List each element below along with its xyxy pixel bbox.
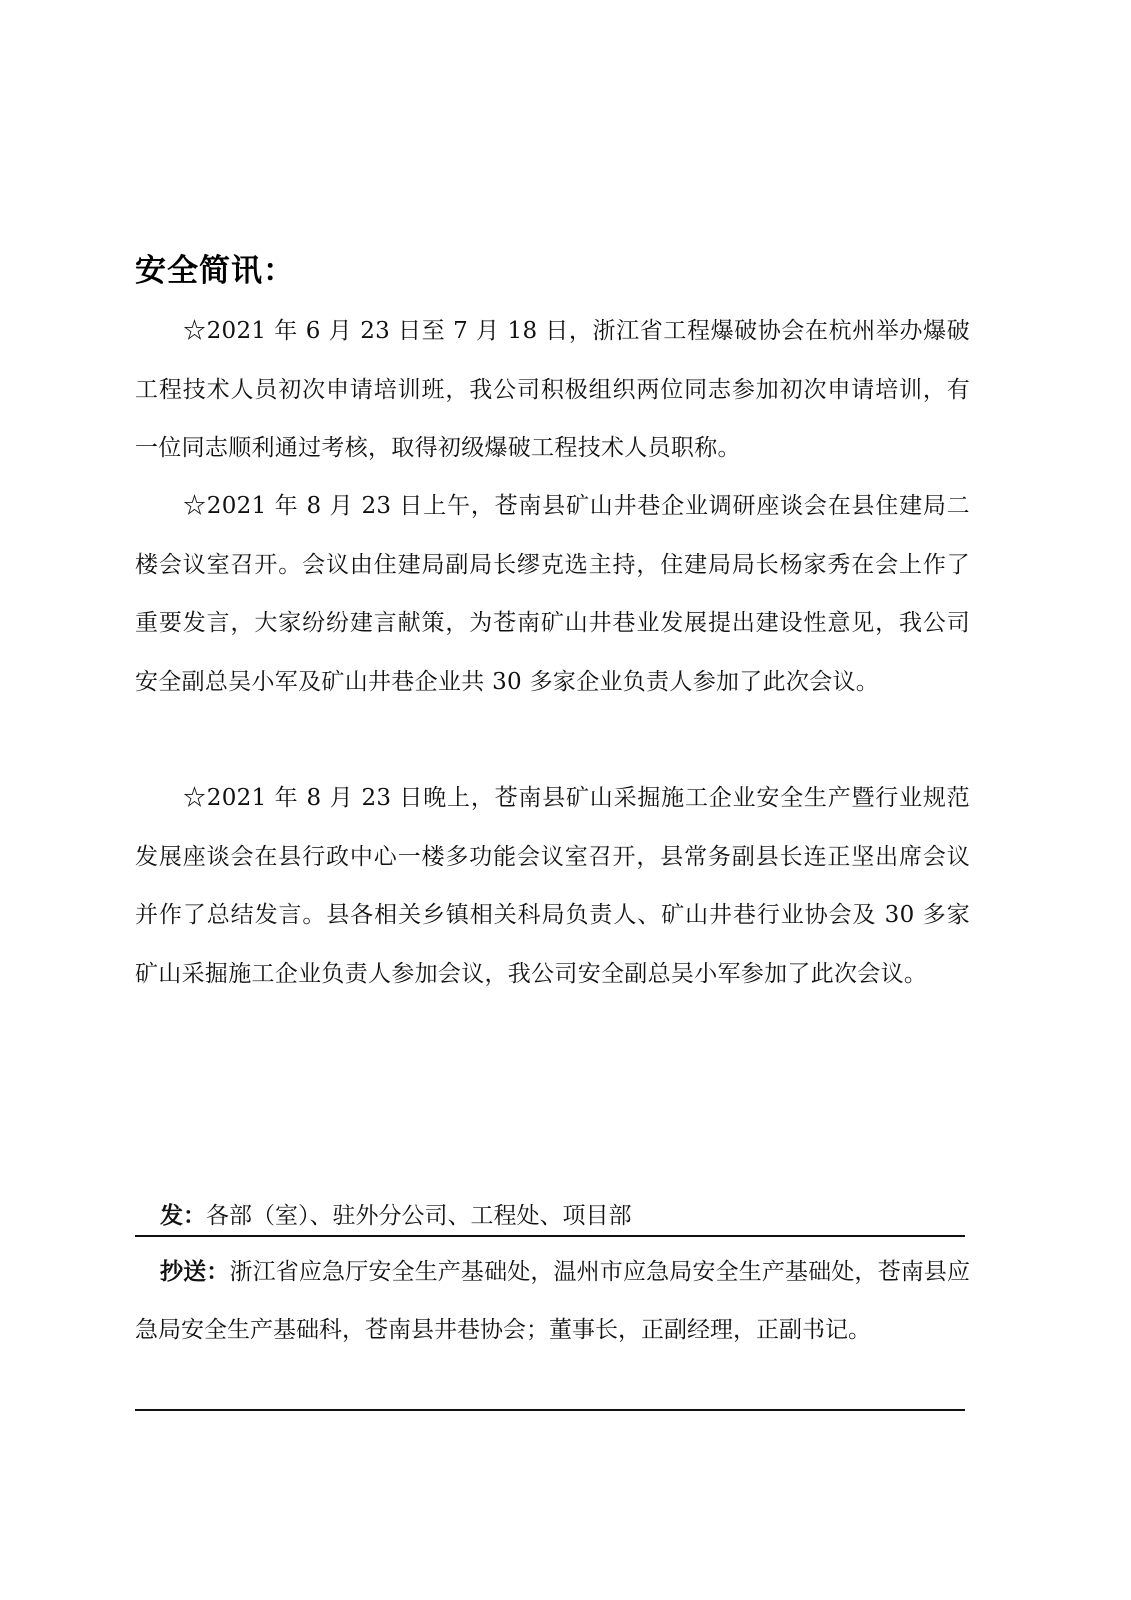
copy-to-label: 抄送： xyxy=(160,1259,229,1285)
section-heading: 安全简讯： xyxy=(135,245,295,290)
news-item-2: ☆2021 年 8 月 23 日上午，苍南县矿山井巷企业调研座谈会在县住建局二楼… xyxy=(135,477,970,711)
distribution-line: 发：各部（室）、驻外分公司、工程处、项目部 xyxy=(160,1196,632,1236)
document-page: 安全简讯： ☆2021 年 6 月 23 日至 7 月 18 日，浙江省工程爆破… xyxy=(0,0,1131,1600)
divider-bottom xyxy=(135,1409,965,1411)
news-item-3: ☆2021 年 8 月 23 日晚上，苍南县矿山采掘施工企业安全生产暨行业规范发… xyxy=(135,769,970,1003)
copy-to-block: 抄送：浙江省应急厅安全生产基础处，温州市应急局安全生产基础处，苍南县应急局安全生… xyxy=(135,1243,970,1359)
distribution-text: 各部（室）、驻外分公司、工程处、项目部 xyxy=(206,1203,632,1229)
distribution-label: 发： xyxy=(160,1203,206,1229)
news-item-1: ☆2021 年 6 月 23 日至 7 月 18 日，浙江省工程爆破协会在杭州举… xyxy=(135,302,970,478)
copy-to-text: 浙江省应急厅安全生产基础处，温州市应急局安全生产基础处，苍南县应急局安全生产基础… xyxy=(135,1259,970,1343)
divider-top xyxy=(135,1235,965,1237)
